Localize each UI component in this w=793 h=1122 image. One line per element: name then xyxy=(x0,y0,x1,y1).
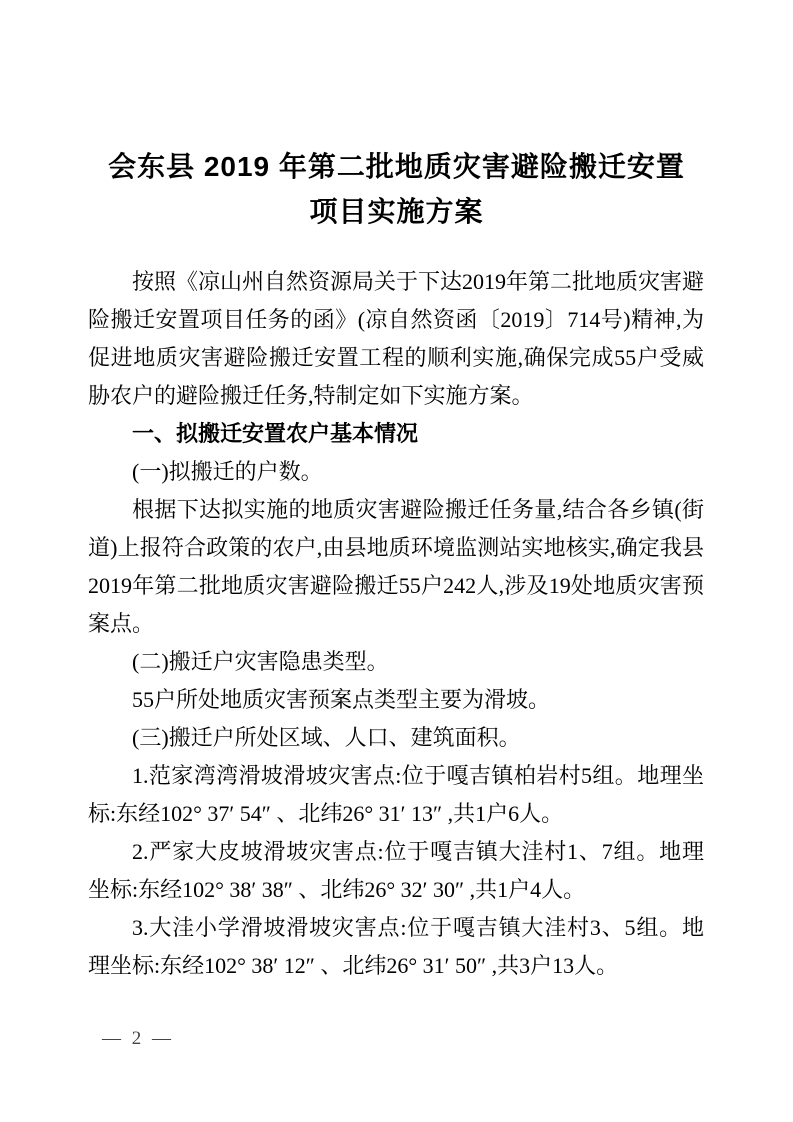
household-count-paragraph: 根据下达拟实施的地质灾害避险搬迁任务量,结合各乡镇(街道)上报符合政策的农户,由… xyxy=(88,491,704,643)
page-number: — 2 — xyxy=(102,1028,174,1049)
intro-paragraph: 按照《凉山州自然资源局关于下达2019年第二批地质灾害避险搬迁安置项目任务的函》… xyxy=(88,263,704,415)
sub-1-heading: (一)拟搬迁的户数。 xyxy=(88,453,704,491)
title-line-2: 项目实施方案 xyxy=(0,189,793,234)
title-line-1: 会东县 2019 年第二批地质灾害避险搬迁安置 xyxy=(0,144,793,189)
site-item-3: 3.大洼小学滑坡滑坡灾害点:位于嘎吉镇大洼村3、5组。地理坐标:东经102° 3… xyxy=(88,909,704,985)
sub-2-heading: (二)搬迁户灾害隐患类型。 xyxy=(88,643,704,681)
document-title: 会东县 2019 年第二批地质灾害避险搬迁安置 项目实施方案 xyxy=(0,144,793,234)
site-item-1: 1.范家湾湾滑坡滑坡灾害点:位于嘎吉镇柏岩村5组。地理坐标:东经102° 37′… xyxy=(88,757,704,833)
disaster-type-paragraph: 55户所处地质灾害预案点类型主要为滑坡。 xyxy=(88,681,704,719)
sub-3-heading: (三)搬迁户所处区域、人口、建筑面积。 xyxy=(88,719,704,757)
document-page: 会东县 2019 年第二批地质灾害避险搬迁安置 项目实施方案 按照《凉山州自然资… xyxy=(0,0,793,1122)
section-1-heading: 一、拟搬迁安置农户基本情况 xyxy=(88,415,704,453)
page-footer: — 2 — xyxy=(102,1028,174,1050)
site-item-2: 2.严家大皮坡滑坡灾害点:位于嘎吉镇大洼村1、7组。地理坐标:东经102° 38… xyxy=(88,833,704,909)
document-body: 按照《凉山州自然资源局关于下达2019年第二批地质灾害避险搬迁安置项目任务的函》… xyxy=(88,263,704,985)
